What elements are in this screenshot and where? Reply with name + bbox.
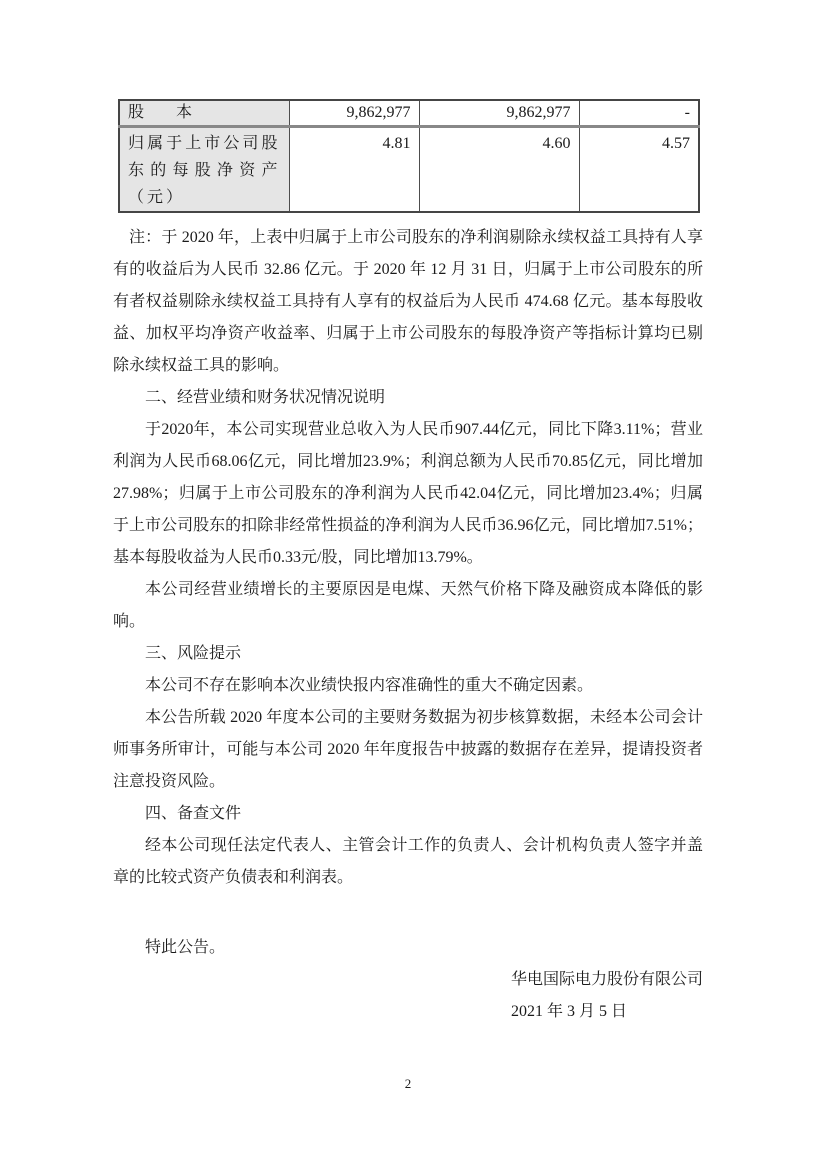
table-cell-value: 4.81 [289,127,419,213]
table-cell-value: 4.60 [419,127,579,213]
body-paragraph: 本公司不存在影响本次业绩快报内容准确性的重大不确定因素。 [113,670,703,702]
table-cell-value: 9,862,977 [289,100,419,127]
table-cell-value: 4.57 [579,127,699,213]
body-paragraph: 本公告所载 2020 年度本公司的主要财务数据为初步核算数据，未经本公司会计师事… [113,702,703,798]
closing-announcement: 特此公告。 [113,932,703,964]
section-heading-2: 二、经营业绩和财务状况情况说明 [113,382,703,414]
body-paragraph: 本公司经营业绩增长的主要原因是电煤、天然气价格下降及融资成本降低的影响。 [113,574,703,638]
section-heading-4: 四、备查文件 [113,798,703,830]
financial-table: 股 本 9,862,977 9,862,977 - 归属于上市公司股东的每股净资… [118,99,700,213]
body-paragraph: 于2020年，本公司实现营业总收入为人民币907.44亿元，同比下降3.11%；… [113,414,703,574]
table-cell-label: 归属于上市公司股东的每股净资产（元） [119,127,289,213]
table-row-share-capital: 股 本 9,862,977 9,862,977 - [119,100,699,127]
body-paragraph: 经本公司现任法定代表人、主管会计工作的负责人、会计机构负责人签字并盖章的比较式资… [113,830,703,894]
page-number: 2 [113,1076,703,1092]
document-page: 股 本 9,862,977 9,862,977 - 归属于上市公司股东的每股净资… [0,0,827,1169]
section-heading-3: 三、风险提示 [113,638,703,670]
table-cell-label: 股 本 [119,100,289,127]
table-note: 注：于 2020 年，上表中归属于上市公司股东的净利润剔除永续权益工具持有人享有… [113,222,703,382]
content-area: 股 本 9,862,977 9,862,977 - 归属于上市公司股东的每股净资… [113,99,703,1028]
table-cell-value: 9,862,977 [419,100,579,127]
table-row-net-assets-per-share: 归属于上市公司股东的每股净资产（元） 4.81 4.60 4.57 [119,127,699,213]
signature-date: 2021 年 3 月 5 日 [113,996,703,1028]
signature-company: 华电国际电力股份有限公司 [113,964,703,996]
table-cell-value: - [579,100,699,127]
